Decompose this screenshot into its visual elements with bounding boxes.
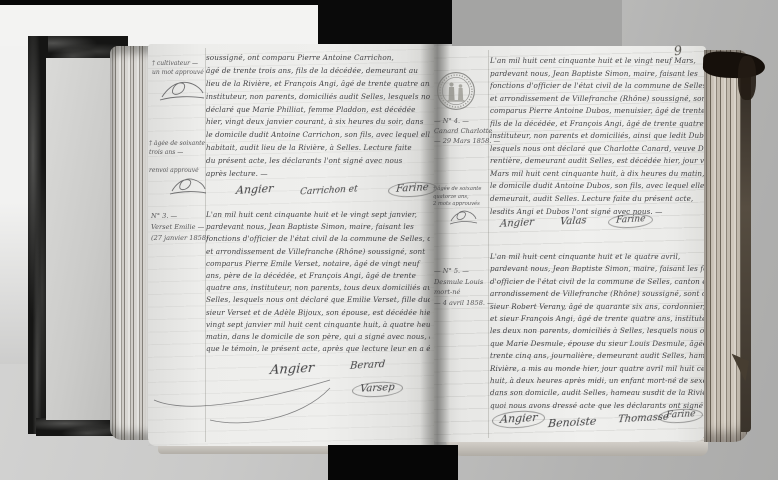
margin-note-renvoi: renvoi approuvé bbox=[149, 166, 211, 175]
margin-note-age: † âgée de soixantetrois ans — bbox=[149, 139, 211, 157]
handwriting-line: comparus Pierre Emile Verset, notaire, â… bbox=[206, 258, 430, 270]
handwriting-line: Mars mil huit cent cinquante huit, à dix… bbox=[490, 168, 704, 181]
handwriting-line: (27 janvier 1858) bbox=[151, 233, 213, 244]
handwriting-line: trois ans — bbox=[149, 148, 211, 157]
handwriting-line: d'officier de l'état civil de la commune… bbox=[490, 276, 704, 288]
handwriting-line: habitait, audit lieu de la Rivière, à Se… bbox=[206, 142, 430, 155]
signature-benoiste: Benoiste bbox=[547, 415, 596, 431]
handwriting-line: le domicile dudit Antoine Dubos, son fil… bbox=[490, 180, 704, 193]
background-top-gray-band bbox=[452, 0, 622, 47]
handwriting-line: vingt sept janvier mil huit cent cinquan… bbox=[206, 319, 430, 331]
handwriting-line: hier, vingt deux janvier courant, à six … bbox=[206, 116, 430, 129]
paraph-flourish-icon bbox=[168, 175, 208, 197]
handwriting-line: que le témoin, le présent acte, après qu… bbox=[206, 343, 430, 355]
handwriting-line: comparus Pierre Antoine Dubos, menuisier… bbox=[490, 105, 704, 118]
handwriting-line: soussigné, ont comparu Pierre Antoine Ca… bbox=[206, 52, 430, 65]
handwriting-line: renvoi approuvé bbox=[149, 166, 211, 175]
margin-note-age-74: † âgée de soixantequatorze ans,2 mots ap… bbox=[433, 186, 491, 209]
handwriting-line: et arrondissement de Villefranche (Rhône… bbox=[206, 246, 430, 258]
handwriting-line: le domicile dudit Antoine Carrichon, son… bbox=[206, 129, 430, 142]
handwriting-line: que Marie Desmule, épouse du sieur Louis… bbox=[490, 338, 704, 350]
signature-valas: Valas bbox=[560, 215, 587, 227]
handwriting-line: instituteur, non parents, domiciliés aud… bbox=[206, 91, 430, 104]
handwriting-line: fonctions d'officier de l'état civil de … bbox=[490, 80, 704, 93]
book-cover-spine-edge bbox=[28, 36, 48, 434]
handwriting-line: quatre ans, instituteur, non parents, to… bbox=[206, 282, 430, 294]
handwriting-line: † âgée de soixante bbox=[149, 139, 211, 148]
paraph-flourish-icon bbox=[158, 77, 206, 103]
handwriting-line: fonctions d'officier de l'état civil de … bbox=[206, 233, 430, 245]
handwriting-line: pardevant nous, Jean Baptiste Simon, mai… bbox=[490, 68, 704, 81]
signature-flourish-icon bbox=[150, 370, 340, 430]
scanned-register-photo: † cultivateur —un mot approuvé † âgée de… bbox=[0, 0, 778, 480]
handwriting-line: L'an mil huit cent cinquante huit et le … bbox=[490, 251, 704, 263]
left-page-edge-stack bbox=[110, 46, 152, 440]
handwriting-line: demeurait, audit Selles. Lecture faite d… bbox=[490, 193, 704, 206]
death-record-entry-2-continuation: soussigné, ont comparu Pierre Antoine Ca… bbox=[206, 52, 430, 181]
handwriting-line: trente cinq ans, journalière, demeurant … bbox=[490, 350, 704, 362]
handwriting-line: fils de la décédée, et François Angi, âg… bbox=[490, 118, 704, 131]
signature-angier: Angier bbox=[500, 217, 535, 230]
right-stack-worn-corner bbox=[703, 51, 766, 79]
background-mask-top-black bbox=[318, 0, 452, 44]
signature-angier: Angier bbox=[235, 182, 273, 197]
death-record-entry-3: L'an mil huit cent cinquante huit et le … bbox=[206, 209, 430, 355]
background-mask-bottom-black bbox=[328, 445, 458, 480]
margin-note-record-4: — N° 4. —Canard Charlotte— 29 Mars 1858.… bbox=[434, 116, 494, 146]
handwriting-line: dans son domicile, audit Selles, hameau … bbox=[490, 387, 704, 399]
paraph-flourish-icon bbox=[448, 208, 478, 226]
handwriting-line: pardevant nous, Jean Baptiste Simon, mai… bbox=[206, 221, 430, 233]
round-imperial-revenue-stamp-icon bbox=[436, 70, 476, 112]
right-stack-worn-corner-2 bbox=[738, 56, 756, 100]
handwriting-line: après lecture. — bbox=[206, 168, 430, 181]
handwriting-line: mort-né bbox=[434, 287, 494, 298]
death-record-entry-4: L'an mil huit cent cinquante huit et le … bbox=[490, 55, 704, 218]
background-mask-top-strip bbox=[0, 0, 318, 5]
signature-berard: Berard bbox=[350, 359, 386, 372]
handwriting-line: quatorze ans, bbox=[433, 194, 491, 202]
handwriting-line: arrondissement de Villefranche (Rhône) s… bbox=[490, 288, 704, 300]
handwriting-line: † âgée de soixante bbox=[433, 186, 491, 194]
handwriting-line: L'an mil huit cent cinquante huit et le … bbox=[490, 55, 704, 68]
margin-note-record-5: — N° 5. —Desmule Louismort-né— 4 avril 1… bbox=[434, 266, 494, 308]
handwriting-line: Verset Emilie — bbox=[151, 222, 213, 233]
handwriting-line: et arrondissement de Villefranche (Rhône… bbox=[490, 93, 704, 106]
handwriting-line: sieur Verset et de Adèle Bijoux, son épo… bbox=[206, 307, 430, 319]
handwriting-line: un mot approuvé bbox=[152, 68, 212, 77]
handwriting-line: Rivière, a mis au monde hier, jour quatr… bbox=[490, 363, 704, 375]
handwriting-line: — N° 5. — bbox=[434, 266, 494, 277]
handwriting-line: Canard Charlotte bbox=[434, 126, 494, 136]
handwriting-line: instituteur, non parents et domiciliés, … bbox=[490, 130, 704, 143]
handwriting-line: pardevant nous, Jean Baptiste Simon, mai… bbox=[490, 263, 704, 275]
handwriting-line: et sieur François Angi, âgé de trente qu… bbox=[490, 313, 704, 325]
handwriting-line: huit, à deux heures après midi, un enfan… bbox=[490, 375, 704, 387]
birth-record-entry-5: L'an mil huit cent cinquante huit et le … bbox=[490, 251, 704, 412]
handwriting-line: Selles, lesquels nous ont déclaré que Em… bbox=[206, 294, 430, 306]
handwriting-line: matin, dans le domicile de son père, qui… bbox=[206, 331, 430, 343]
margin-note-record-3: N° 3. —Verset Emilie —(27 janvier 1858) bbox=[151, 211, 213, 244]
handwriting-line: déclaré que Marie Philliat, femme Pladdo… bbox=[206, 104, 430, 117]
book-flyleaf bbox=[46, 58, 112, 420]
handwriting-line: Desmule Louis bbox=[434, 277, 494, 288]
handwriting-line: N° 3. — bbox=[151, 211, 213, 222]
handwriting-line: L'an mil huit cent cinquante huit et le … bbox=[206, 209, 430, 221]
handwriting-line: sieur Robert Verany, âgé de quarante six… bbox=[490, 301, 704, 313]
handwriting-line: lesquels nous ont déclaré que Charlotte … bbox=[490, 143, 704, 156]
handwriting-line: — 4 avril 1858. — bbox=[434, 298, 494, 309]
handwriting-line: † cultivateur — bbox=[152, 59, 212, 68]
handwriting-line: âgé de trente trois ans, fils de la décé… bbox=[206, 65, 430, 78]
handwriting-line: du présent acte, les déclarants l'ont si… bbox=[206, 155, 430, 168]
handwriting-line: lesdits Angi et Dubos l'ont signé avec n… bbox=[490, 206, 704, 219]
handwriting-line: ans, père de la décédée, et François Ang… bbox=[206, 270, 430, 282]
handwriting-line: — N° 4. — bbox=[434, 116, 494, 126]
margin-note-cultivateur: † cultivateur —un mot approuvé bbox=[152, 59, 212, 77]
handwriting-line: les deux non parents, domiciliés à Selle… bbox=[490, 325, 704, 337]
right-page-margin-rule bbox=[488, 50, 489, 438]
handwriting-line: rentière, demeurant audit Selles, est dé… bbox=[490, 155, 704, 168]
handwriting-line: — 29 Mars 1858. — bbox=[434, 136, 494, 146]
handwriting-line: lieu de la Rivière, et François Angi, âg… bbox=[206, 78, 430, 91]
